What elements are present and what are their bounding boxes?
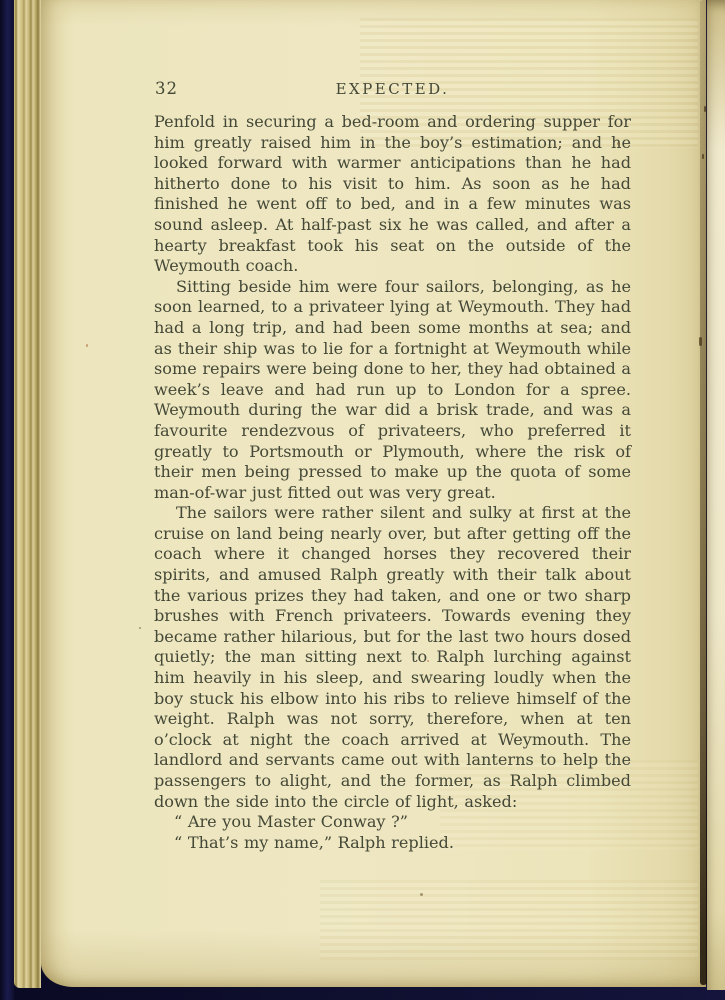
page-text-block: 32 EXPECTED. Penfold in securing a bed-r…	[154, 79, 631, 853]
left-page-edges	[14, 0, 41, 988]
next-page-edge	[707, 0, 725, 990]
page-number: 32	[155, 79, 178, 98]
running-title: EXPECTED.	[336, 80, 450, 98]
paragraph: Sitting beside him were four sailors, be…	[154, 277, 631, 504]
book-page: 32 EXPECTED. Penfold in securing a bed-r…	[41, 0, 706, 987]
page-header: 32 EXPECTED.	[154, 79, 631, 100]
page-body-text: Penfold in securing a bed-room and order…	[154, 112, 631, 853]
paragraph: The sailors were rather silent and sulky…	[154, 503, 631, 812]
page-gutter-crease	[700, 0, 707, 985]
scanned-book-page: 32 EXPECTED. Penfold in securing a bed-r…	[0, 0, 725, 1000]
book-cover-spine	[0, 0, 14, 1000]
dialogue-line: “ That’s my name,” Ralph replied.	[154, 833, 631, 854]
paper-texture-streaks	[320, 880, 698, 960]
dialogue-line: “ Are you Master Conway ?”	[154, 812, 631, 833]
paragraph: Penfold in securing a bed-room and order…	[154, 112, 631, 277]
